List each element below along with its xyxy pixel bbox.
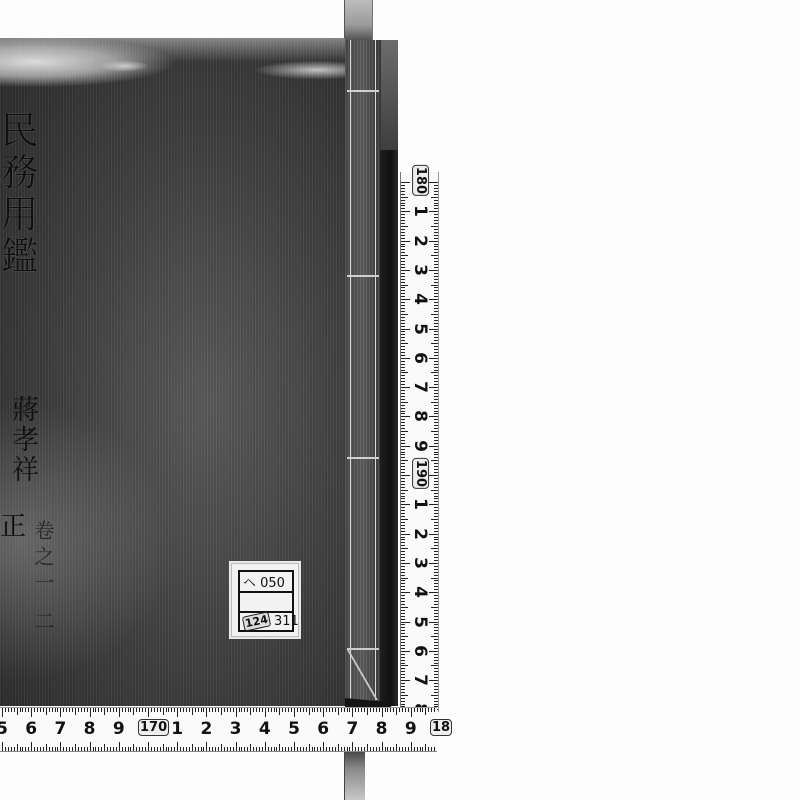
cover-volume: 卷之一 二 xyxy=(32,520,58,636)
ruler-tick xyxy=(189,708,190,712)
ruler-tick xyxy=(434,381,438,382)
ruler-tick xyxy=(434,539,438,540)
ruler-tick xyxy=(262,708,263,712)
ruler-tick xyxy=(429,680,438,681)
ruler-tick xyxy=(203,708,204,712)
ruler-tick xyxy=(297,708,298,712)
ruler-tick xyxy=(401,378,405,379)
ruler-tick xyxy=(434,575,438,576)
ruler-tick xyxy=(98,747,99,751)
ruler-tick xyxy=(2,742,3,751)
ruler-tick xyxy=(203,747,204,751)
ruler-tick xyxy=(434,663,438,664)
ruler-tick xyxy=(431,343,438,344)
ruler-tick xyxy=(434,528,438,529)
ruler-tick xyxy=(401,358,410,359)
ruler-tick xyxy=(166,708,167,712)
ruler-tick xyxy=(401,287,405,288)
ruler-tick xyxy=(429,592,438,593)
ruler-tick xyxy=(271,708,272,712)
ruler-tick xyxy=(434,566,438,567)
ruler-number: 3 xyxy=(226,719,246,739)
ruler-tick xyxy=(401,586,405,587)
ruler-tick xyxy=(401,539,405,540)
ruler-tick xyxy=(401,528,405,529)
ruler-tick xyxy=(352,708,353,717)
ruler-tick xyxy=(401,613,405,614)
ruler-number: 8 xyxy=(372,719,392,739)
ruler-tick xyxy=(401,182,410,183)
ruler-tick xyxy=(431,402,438,403)
ruler-tick xyxy=(431,695,438,696)
ruler-tick xyxy=(434,516,438,517)
ruler-tick xyxy=(128,747,129,751)
ruler-tick xyxy=(14,708,15,712)
ruler-tick xyxy=(429,329,438,330)
ruler-tick xyxy=(8,708,9,712)
ruler-tick xyxy=(431,578,438,579)
ruler-tick xyxy=(335,747,336,751)
ruler-tick xyxy=(434,630,438,631)
ruler-tick xyxy=(230,747,231,751)
ruler-tick xyxy=(239,708,240,712)
ruler-tick xyxy=(434,305,438,306)
ruler-number: 2 xyxy=(196,719,216,739)
ruler-tick xyxy=(434,487,438,488)
ruler-tick xyxy=(401,534,410,535)
ruler-tick xyxy=(309,744,310,751)
ruler-tick xyxy=(401,443,405,444)
ruler-tick xyxy=(434,469,438,470)
ruler-tick xyxy=(160,708,161,712)
ruler-tick xyxy=(163,744,164,751)
ruler-tick xyxy=(431,636,438,637)
ruler-tick xyxy=(93,708,94,712)
ruler-tick xyxy=(25,747,26,751)
ruler-tick xyxy=(110,708,111,712)
ruler-tick xyxy=(434,698,438,699)
ruler-tick xyxy=(183,747,184,751)
ruler-tick xyxy=(405,708,406,712)
ruler-tick xyxy=(401,323,405,324)
ruler-tick xyxy=(434,601,438,602)
ruler-tick xyxy=(256,747,257,751)
ruler-tick xyxy=(212,747,213,751)
ruler-tick xyxy=(434,692,438,693)
ruler-tick xyxy=(390,747,391,751)
ruler-tick xyxy=(133,744,134,751)
ruler-tick xyxy=(355,747,356,751)
ruler-tick xyxy=(347,747,348,751)
ruler-tick xyxy=(434,364,438,365)
ruler-tick xyxy=(401,352,405,353)
ruler-tick xyxy=(265,708,266,717)
ruler-tick xyxy=(401,285,408,286)
ruler-tick xyxy=(224,747,225,751)
ruler-tick xyxy=(72,747,73,751)
ruler-tick xyxy=(401,317,405,318)
ruler-tick xyxy=(358,747,359,751)
ruler-tick xyxy=(429,358,438,359)
ruler-tick xyxy=(268,747,269,751)
ruler-tick xyxy=(90,742,91,751)
ruler-tick xyxy=(434,496,438,497)
ruler-tick xyxy=(34,747,35,751)
ruler-tick xyxy=(215,747,216,751)
ruler-tick xyxy=(422,747,423,751)
ruler-tick xyxy=(401,191,405,192)
ruler-tick xyxy=(434,282,438,283)
ruler-tick xyxy=(429,182,438,183)
label-row-number: 124 311 xyxy=(240,613,292,631)
ruler-tick xyxy=(31,742,32,751)
ruler-tick xyxy=(401,290,405,291)
ruler-tick xyxy=(25,708,26,712)
ruler-tick xyxy=(420,747,421,751)
ruler-tick xyxy=(401,660,405,661)
ruler-tick xyxy=(434,302,438,303)
ruler-tick xyxy=(434,686,438,687)
label-grid: ヘ 050 124 311 xyxy=(238,570,294,632)
ruler-tick xyxy=(276,708,277,712)
ruler-tick xyxy=(142,708,143,712)
ruler-tick xyxy=(218,747,219,751)
ruler-tick xyxy=(401,211,410,212)
ruler-tick xyxy=(401,264,405,265)
ruler-tick xyxy=(401,337,405,338)
ruler-tick xyxy=(411,708,412,717)
ruler-tick xyxy=(401,370,405,371)
ruler-tick xyxy=(157,747,158,751)
ruler-tick xyxy=(434,633,438,634)
ruler-tick xyxy=(401,425,405,426)
ruler-tick xyxy=(434,296,438,297)
ruler-tick xyxy=(434,352,438,353)
ruler-tick xyxy=(189,747,190,751)
ruler-tick xyxy=(401,241,410,242)
ruler-tick xyxy=(130,747,131,751)
ruler-tick xyxy=(401,320,405,321)
ruler-tick xyxy=(37,747,38,751)
label-number: 311 xyxy=(274,614,299,629)
ruler-tick xyxy=(434,660,438,661)
ruler-tick xyxy=(122,708,123,712)
ruler-tick xyxy=(379,708,380,712)
ruler-tick xyxy=(401,214,405,215)
ruler-tick xyxy=(154,747,155,751)
ruler-tick xyxy=(401,689,405,690)
ruler-tick xyxy=(43,708,44,712)
ruler-tick xyxy=(209,747,210,751)
ruler-tick xyxy=(401,413,405,414)
ruler-tick xyxy=(201,708,202,712)
ruler-tick xyxy=(434,428,438,429)
ruler-tick xyxy=(401,238,405,239)
ruler-tick xyxy=(271,747,272,751)
ruler-tick xyxy=(396,744,397,751)
ruler-tick xyxy=(401,244,405,245)
ruler-tick xyxy=(253,708,254,712)
ruler-tick xyxy=(55,747,56,751)
ruler-tick xyxy=(434,627,438,628)
ruler-tick xyxy=(401,683,405,684)
ruler-tick xyxy=(370,747,371,751)
ruler-tick xyxy=(401,203,405,204)
ruler-tick xyxy=(81,747,82,751)
ruler-tick xyxy=(401,674,405,675)
ruler-number: 170 xyxy=(138,719,169,736)
ruler-tick xyxy=(429,416,438,417)
ruler-tick xyxy=(95,708,96,712)
ruler-tick xyxy=(387,708,388,712)
ruler-tick xyxy=(434,235,438,236)
ruler-tick xyxy=(180,708,181,712)
ruler-tick xyxy=(434,645,438,646)
ruler-tick xyxy=(329,708,330,712)
ruler-tick xyxy=(401,372,408,373)
ruler-tick xyxy=(434,701,438,702)
ruler-tick xyxy=(349,747,350,751)
ruler-tick xyxy=(401,270,410,271)
ruler-tick xyxy=(401,563,410,564)
ruler-tick xyxy=(401,396,405,397)
ruler-tick xyxy=(46,744,47,751)
ruler-tick xyxy=(34,708,35,712)
ruler-tick xyxy=(224,708,225,712)
ruler-tick xyxy=(206,708,207,717)
ruler-tick xyxy=(401,299,410,300)
ruler-tick xyxy=(434,472,438,473)
ruler-tick xyxy=(434,545,438,546)
scanned-book-image: 民務用鑑 蔣孝祥 正 卷之一 二 ヘ 050 124 311 180123456… xyxy=(0,0,800,800)
ruler-tick xyxy=(401,627,405,628)
ruler-tick xyxy=(107,708,108,712)
ruler-tick xyxy=(434,334,438,335)
ruler-tick xyxy=(247,708,248,712)
ruler-tick xyxy=(434,498,438,499)
ruler-tick xyxy=(139,708,140,712)
ruler-number: 1 xyxy=(410,201,430,221)
ruler-tick xyxy=(434,689,438,690)
ruler-tick xyxy=(317,747,318,751)
ruler-tick xyxy=(434,657,438,658)
ruler-tick xyxy=(69,747,70,751)
ruler-tick xyxy=(177,742,178,751)
ruler-tick xyxy=(434,747,435,751)
ruler-number: 3 xyxy=(410,260,430,280)
ruler-tick xyxy=(401,437,405,438)
ruler-tick xyxy=(385,708,386,712)
ruler-tick xyxy=(401,554,405,555)
ruler-tick xyxy=(434,554,438,555)
ruler-tick xyxy=(396,708,397,715)
ruler-tick xyxy=(320,708,321,712)
label-row-classification: ヘ 050 xyxy=(240,572,292,593)
ruler-tick xyxy=(401,223,405,224)
ruler-tick xyxy=(66,708,67,712)
ruler-tick xyxy=(401,367,405,368)
ruler-tick xyxy=(282,708,283,712)
ruler-tick xyxy=(434,220,438,221)
ruler-tick xyxy=(309,708,310,715)
ruler-tick xyxy=(276,747,277,751)
ruler-tick xyxy=(401,633,405,634)
ruler-tick xyxy=(401,340,405,341)
ruler-tick xyxy=(157,708,158,712)
ruler-tick xyxy=(401,393,405,394)
spine-edge-shadow xyxy=(380,150,398,706)
ruler-tick xyxy=(358,708,359,712)
ruler-tick xyxy=(401,663,405,664)
ruler-tick xyxy=(434,481,438,482)
ruler-tick xyxy=(434,290,438,291)
ruler-tick xyxy=(341,747,342,751)
ruler-tick xyxy=(429,211,438,212)
ruler-tick xyxy=(434,449,438,450)
ruler-tick xyxy=(364,747,365,751)
ruler-tick xyxy=(125,708,126,712)
ruler-tick xyxy=(274,747,275,751)
ruler-tick xyxy=(434,639,438,640)
ruler-tick xyxy=(198,708,199,712)
ruler-tick xyxy=(434,323,438,324)
ruler-tick xyxy=(14,747,15,751)
ruler-tick xyxy=(434,370,438,371)
ruler-number: 2 xyxy=(410,524,430,544)
ruler-tick xyxy=(434,308,438,309)
ruler-tick xyxy=(401,616,405,617)
ruler-tick xyxy=(40,747,41,751)
ruler-tick xyxy=(227,747,228,751)
ruler-tick xyxy=(259,747,260,751)
ruler-tick xyxy=(236,742,237,751)
ruler-tick xyxy=(429,504,438,505)
ruler-tick xyxy=(401,302,405,303)
ruler-tick xyxy=(434,654,438,655)
ruler-tick xyxy=(434,214,438,215)
ruler-tick xyxy=(434,595,438,596)
ruler-tick xyxy=(431,460,438,461)
ruler-tick xyxy=(401,580,405,581)
ruler-tick xyxy=(136,747,137,751)
ruler-tick xyxy=(75,708,76,715)
ruler-tick xyxy=(125,747,126,751)
ruler-tick xyxy=(401,692,405,693)
ruler-number: 180 xyxy=(412,165,429,196)
ruler-tick xyxy=(201,747,202,751)
ruler-tick xyxy=(57,708,58,712)
ruler-tick xyxy=(274,708,275,712)
ruler-tick xyxy=(288,747,289,751)
ruler-tick xyxy=(401,258,405,259)
ruler-tick xyxy=(429,387,438,388)
ruler-tick xyxy=(434,440,438,441)
ruler-tick xyxy=(236,708,237,717)
ruler-tick xyxy=(401,226,408,227)
ruler-tick xyxy=(431,431,438,432)
ruler-tick xyxy=(401,493,405,494)
ruler-tick xyxy=(431,490,438,491)
ruler-tick xyxy=(250,744,251,751)
ruler-tick xyxy=(414,747,415,751)
ruler-tick xyxy=(401,601,405,602)
ruler-number: 8 xyxy=(80,719,100,739)
ruler-tick xyxy=(174,747,175,751)
ruler-tick xyxy=(401,575,405,576)
ruler-tick xyxy=(434,378,438,379)
ruler-tick xyxy=(401,431,408,432)
ruler-tick xyxy=(154,708,155,712)
ruler-tick xyxy=(434,422,438,423)
ruler-tick xyxy=(434,375,438,376)
bookmark-tab-bottom xyxy=(344,748,365,800)
ruler-number: 1 xyxy=(167,719,187,739)
ruler-tick xyxy=(434,244,438,245)
ruler-tick xyxy=(5,708,6,712)
ruler-tick xyxy=(104,708,105,715)
ruler-number: 5 xyxy=(284,719,304,739)
ruler-tick xyxy=(303,747,304,751)
ruler-tick xyxy=(431,548,438,549)
ruler-tick xyxy=(285,708,286,712)
ruler-tick xyxy=(434,522,438,523)
ruler-tick xyxy=(401,384,405,385)
ruler-tick xyxy=(136,708,137,712)
ruler-tick xyxy=(49,708,50,712)
ruler-tick xyxy=(434,408,438,409)
ruler-tick xyxy=(422,708,423,712)
ruler-tick xyxy=(401,610,405,611)
ruler-tick xyxy=(399,747,400,751)
ruler-tick xyxy=(101,747,102,751)
ruler-tick xyxy=(233,708,234,712)
ruler-tick xyxy=(401,648,405,649)
ruler-tick xyxy=(434,551,438,552)
ruler-tick xyxy=(401,326,405,327)
ruler-tick xyxy=(401,197,408,198)
ruler-tick xyxy=(401,657,405,658)
cover-title: 民務用鑑 xyxy=(0,110,36,278)
ruler-tick xyxy=(401,636,408,637)
ruler-tick xyxy=(300,747,301,751)
ruler-tick xyxy=(434,531,438,532)
ruler-number: 6 xyxy=(410,641,430,661)
ruler-tick xyxy=(332,747,333,751)
ruler-tick xyxy=(401,346,405,347)
ruler-tick xyxy=(401,507,405,508)
ruler-tick xyxy=(320,747,321,751)
ruler-tick xyxy=(401,273,405,274)
ruler-tick xyxy=(168,708,169,712)
ruler-tick xyxy=(401,668,405,669)
ruler-tick xyxy=(434,478,438,479)
ruler-number: 6 xyxy=(410,348,430,368)
ruler-tick xyxy=(401,686,405,687)
ruler-tick xyxy=(326,747,327,751)
ruler-tick xyxy=(401,578,408,579)
ruler-tick xyxy=(434,580,438,581)
ruler-tick xyxy=(22,747,23,751)
ruler-tick xyxy=(401,548,408,549)
ruler-tick xyxy=(401,364,405,365)
ruler-tick xyxy=(401,252,405,253)
ruler-tick xyxy=(349,708,350,712)
ruler-tick xyxy=(434,484,438,485)
ruler-tick xyxy=(401,419,405,420)
ruler-tick xyxy=(401,449,405,450)
ruler-tick xyxy=(20,708,21,712)
ruler-tick xyxy=(256,708,257,712)
